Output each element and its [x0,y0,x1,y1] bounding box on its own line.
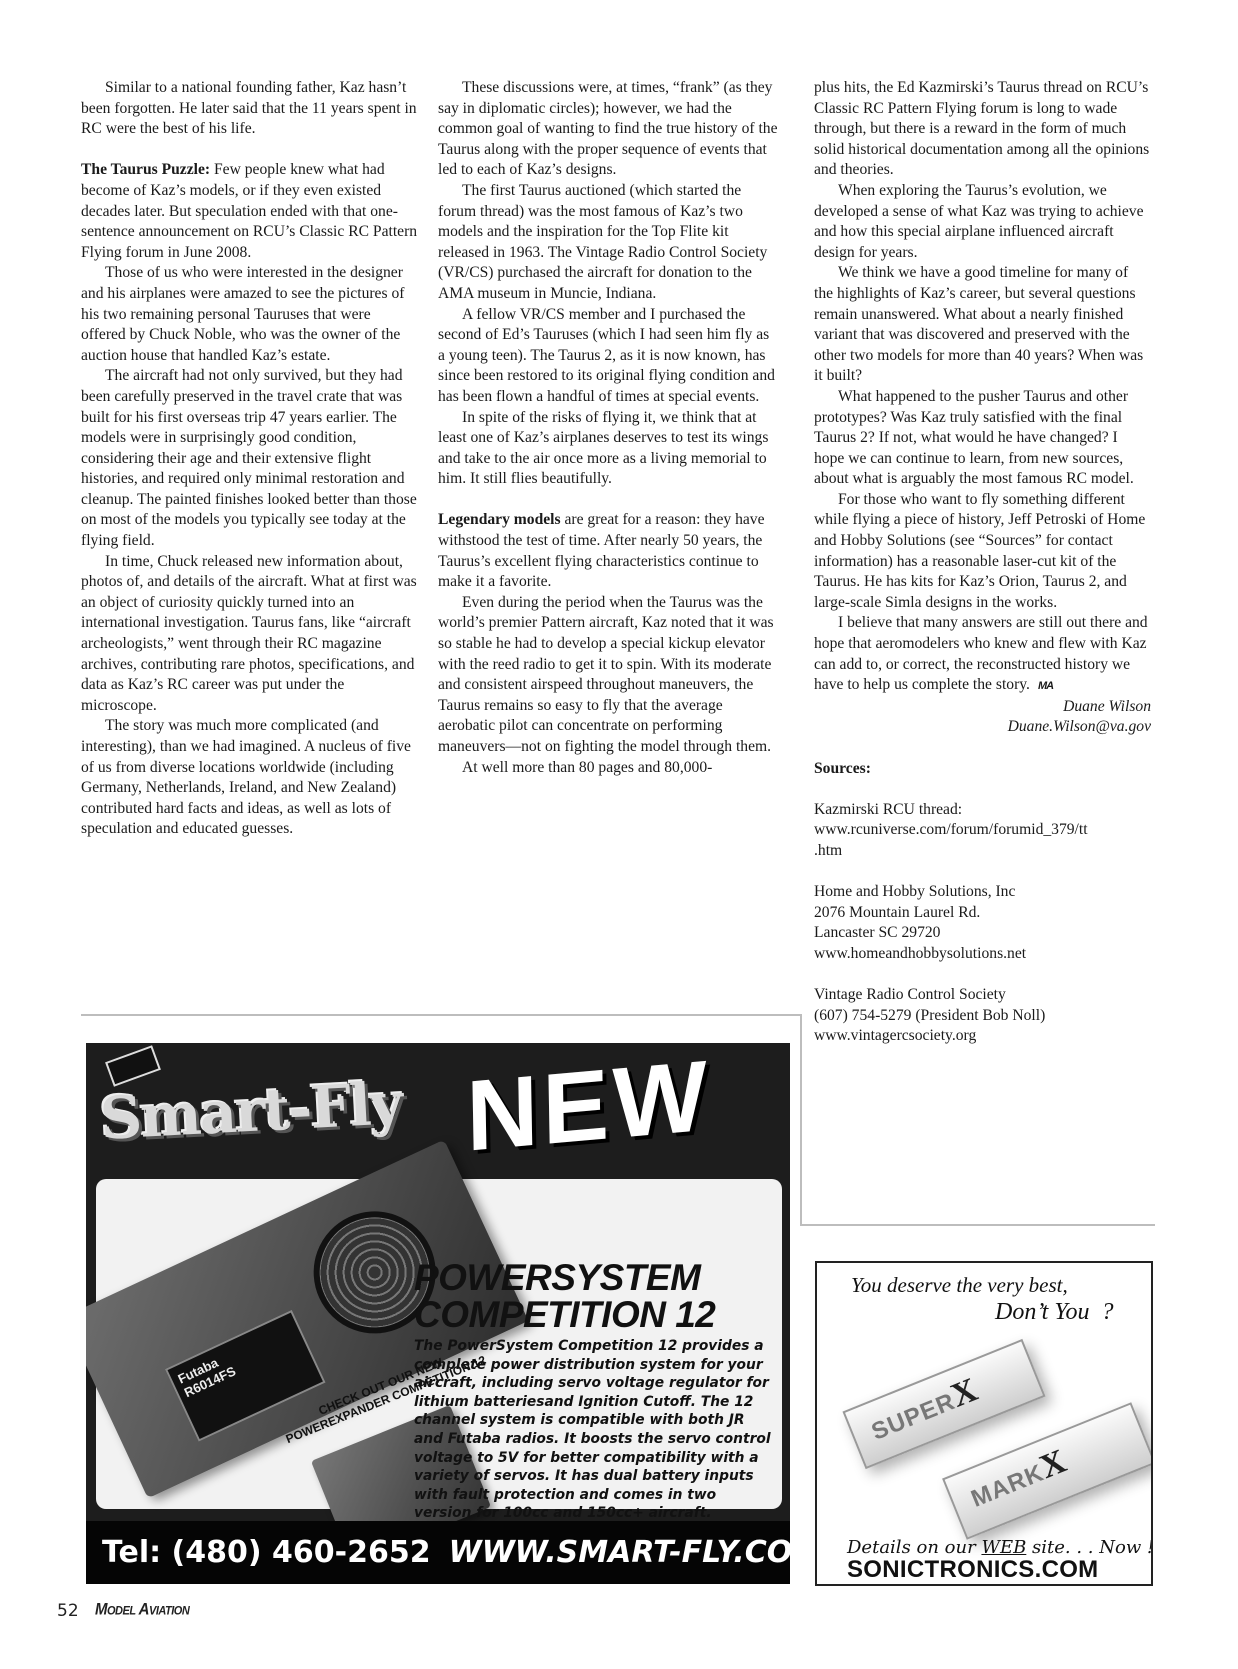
source-vrcs: Vintage Radio Control Society (607) 754-… [814,985,1151,1047]
graduation-cap-icon [105,1045,161,1087]
author-name: Duane Wilson [814,697,1151,718]
paragraph: The story was much more complicated (and… [81,716,419,840]
source-link[interactable]: .htm [814,841,1151,862]
paragraph: When exploring the Taurus’s evolution, w… [814,181,1151,263]
section-runin-heading: The Taurus Puzzle: [81,161,210,178]
ad-body: The PowerSystem Competition 12 provides … [414,1337,774,1523]
smartfly-logo: Smart-Fly [98,1069,402,1153]
paragraph: I believe that many answers are still ou… [814,613,1151,696]
product-panel: Futaba R6014FS CHECK OUT OUR NEW POWEREX… [96,1179,782,1509]
ad-contact-bar: Tel: (480) 460-2652WWW.SMART-FLY.COM [86,1521,790,1584]
source-rcu: Kazmirski RCU thread: www.rcuniverse.com… [814,800,1151,862]
divider [800,1014,802,1226]
sources-heading: Sources: [814,759,1151,780]
paragraph: Similar to a national founding father, K… [81,78,419,140]
divider [800,1224,1155,1226]
paragraph: The aircraft had not only survived, but … [81,366,419,551]
ad-title: POWERSYSTEM COMPETITION 12 [414,1259,715,1333]
author-email[interactable]: Duane.Wilson@va.gov [814,717,1151,738]
end-mark-icon: MA [1038,680,1053,692]
article-column-2: These discussions were, at times, “frank… [438,78,778,778]
paragraph: The first Taurus auctioned (which starte… [438,181,778,305]
source-link[interactable]: www.rcuniverse.com/forum/forumid_379/tt [814,820,1151,841]
source-link[interactable]: www.homeandhobbysolutions.net [814,944,1151,965]
paragraph: What happened to the pusher Taurus and o… [814,387,1151,490]
article-column-1: Similar to a national founding father, K… [81,78,419,840]
smartfly-advertisement[interactable]: Smart-Fly NEW Futaba R6014FS CHECK OUT O… [86,1043,790,1584]
sonictronics-advertisement[interactable]: You deserve the very best, Don’t You ? S… [815,1261,1153,1586]
paragraph: In spite of the risks of flying it, we t… [438,408,778,490]
magazine-name: Model Aviation [95,1600,189,1619]
paragraph: The Taurus Puzzle: Few people knew what … [81,160,419,263]
page-number: 52 [57,1601,79,1621]
new-badge: NEW [465,1043,711,1175]
paragraph: plus hits, the Ed Kazmirski’s Taurus thr… [814,78,1151,181]
ad-tagline: Don’t You ? [995,1299,1113,1326]
source-home-hobby: Home and Hobby Solutions, Inc 2076 Mount… [814,882,1151,964]
paragraph: We think we have a good timeline for man… [814,263,1151,387]
paragraph: Even during the period when the Taurus w… [438,593,778,758]
section-runin-heading: Legendary models [438,511,561,528]
paragraph: Those of us who were interested in the d… [81,263,419,366]
paragraph: For those who want to fly something diff… [814,490,1151,614]
source-link[interactable]: www.vintagercsociety.org [814,1026,1151,1047]
paragraph: These discussions were, at times, “frank… [438,78,778,181]
ad-tagline: You deserve the very best, [851,1273,1068,1298]
paragraph: At well more than 80 pages and 80,000- [438,758,778,779]
ad-website-link[interactable]: SONICTRONICS.COM [847,1556,1098,1584]
ad-details-text: Details on our WEB site. . . Now ! [847,1537,1153,1558]
article-column-3: plus hits, the Ed Kazmirski’s Taurus thr… [814,78,1151,1047]
paragraph: A fellow VR/CS member and I purchased th… [438,305,778,408]
ad-phone: Tel: (480) 460-2652 [102,1535,431,1570]
ad-website-link[interactable]: WWW.SMART-FLY.COM [449,1535,790,1570]
divider [81,1014,801,1016]
paragraph: In time, Chuck released new information … [81,552,419,717]
paragraph: Legendary models are great for a reason:… [438,510,778,592]
